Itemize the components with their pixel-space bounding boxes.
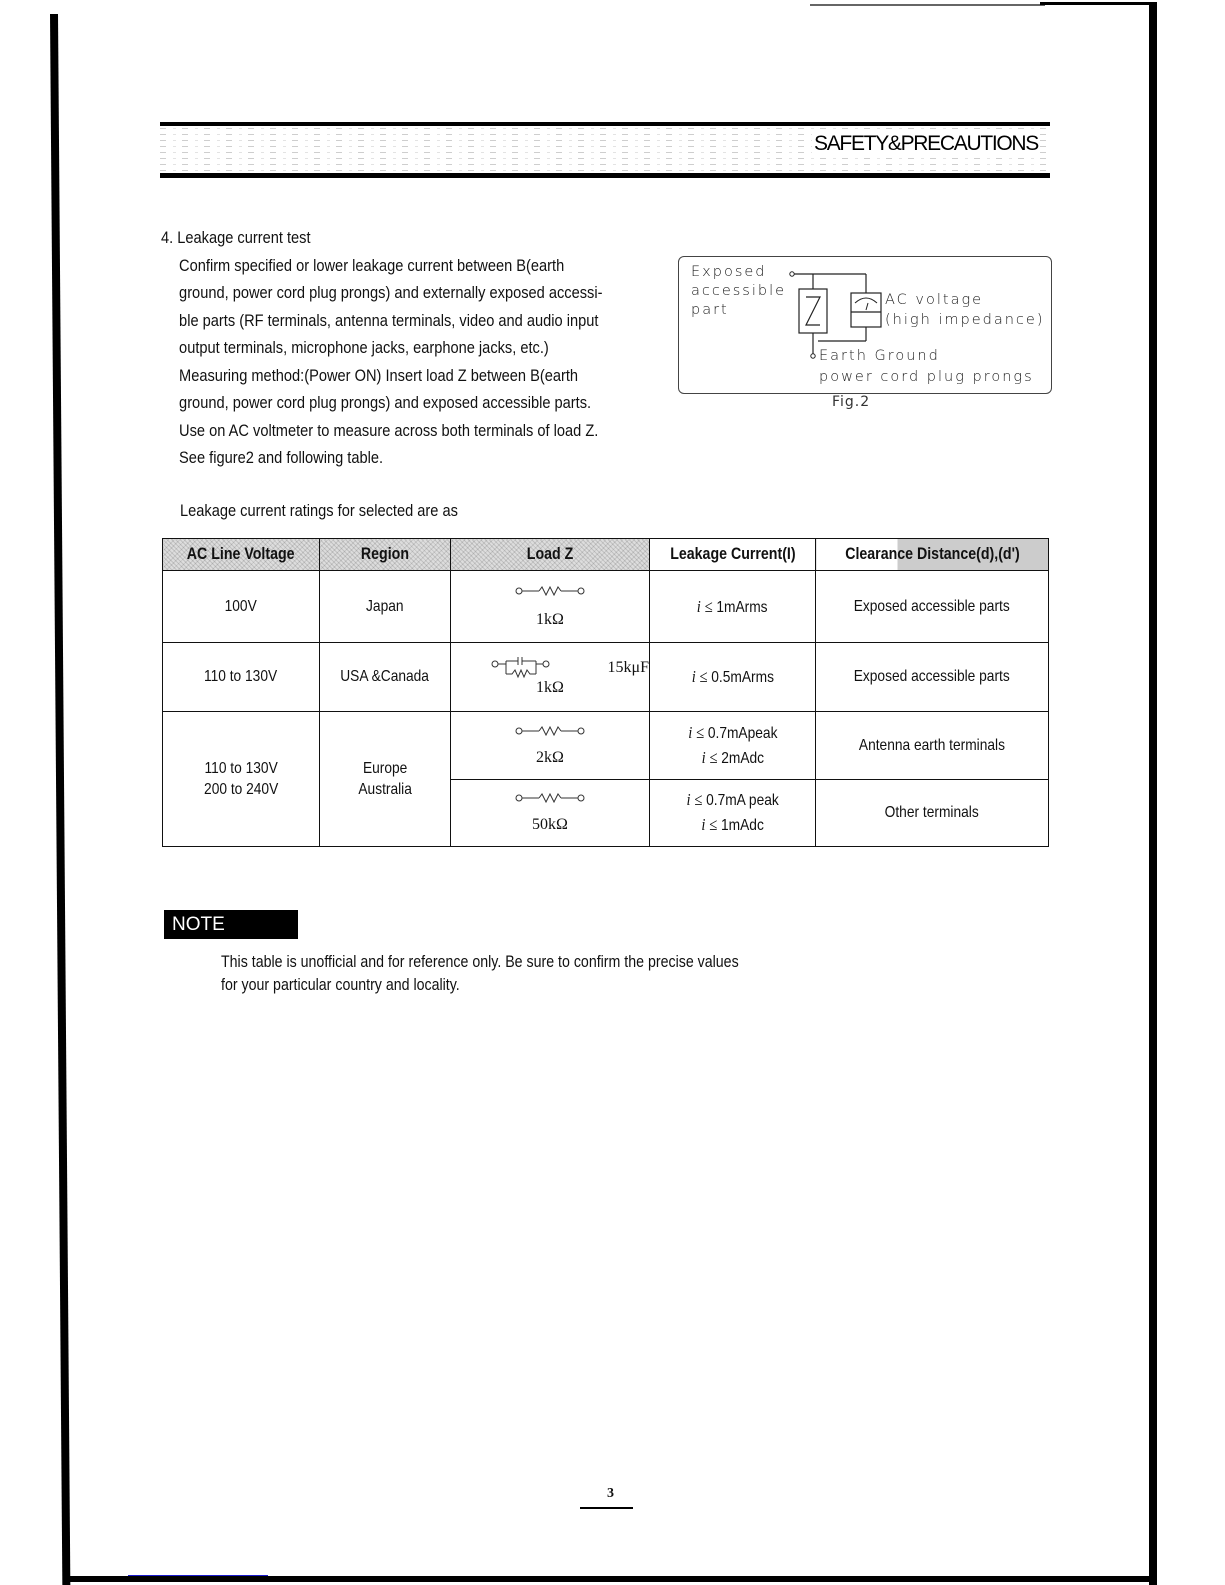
page-border-top (1040, 2, 1155, 5)
page-number-rule (580, 1507, 633, 1509)
resistor-icon (515, 725, 585, 737)
figure-2-circuit: Exposed accessible part Z AC voltage (hi… (678, 256, 1052, 394)
page-border-bottom (66, 1576, 1156, 1582)
cell-load: 1kΩ (451, 571, 650, 643)
label-ac-voltmeter: AC voltage (high impedance) (885, 290, 1044, 330)
cell-voltage: 110 to 130V (163, 643, 320, 712)
cell-region: USA &Canada (320, 643, 451, 712)
region-lines: Europe Australia (358, 758, 412, 800)
cell-current: i ≤ 0.7mApeak i ≤ 2mAdc (650, 712, 816, 780)
table-header-row: AC Line Voltage Region Load Z Leakage Cu… (163, 539, 1049, 571)
cell-clearance: Other terminals (816, 780, 1049, 847)
rc-parallel-icon (491, 657, 551, 679)
paragraph-line: Use on AC voltmeter to measure across bo… (179, 417, 669, 445)
section-header-title: SAFETY&PRECAUTIONS (812, 132, 1040, 156)
table-row: 100V Japan 1kΩ i ≤ 1mArms Exposed access… (163, 571, 1049, 643)
page-border-left (50, 14, 70, 1585)
page-border-top-faint (810, 4, 1045, 6)
ratings-intro-text: Leakage current ratings for selected are… (180, 501, 458, 521)
note-line: This table is unofficial and for referen… (221, 951, 739, 974)
section-heading: 4. Leakage current test (161, 224, 600, 252)
table-row: 110 to 130V USA &Canada (163, 643, 1049, 712)
header-band: SAFETY&PRECAUTIONS (160, 122, 1050, 178)
col-header-clearance: Clearance Distance(d),(d') (816, 539, 1049, 571)
load-value: 1kΩ (451, 611, 649, 629)
section-heading-text: Leakage current test (177, 228, 310, 247)
load-value: 1kΩ (451, 679, 649, 697)
table-row: 110 to 130V 200 to 240V Europe Australia (163, 712, 1049, 780)
cell-load: 15kμF 1kΩ (451, 643, 650, 712)
cell-current: i ≤ 0.7mA peak i ≤ 1mAdc (650, 780, 816, 847)
page-number: 3 (607, 1486, 614, 1502)
paragraph-line: output terminals, microphone jacks, earp… (179, 334, 669, 362)
cell-current: i ≤ 1mArms (650, 571, 816, 643)
load-value: 2kΩ (451, 749, 649, 767)
cell-current: i ≤ 0.5mArms (650, 643, 816, 712)
paragraph-line: ground, power cord plug prongs) and exte… (179, 279, 669, 307)
note-text: This table is unofficial and for referen… (221, 951, 739, 996)
col-header-region: Region (320, 539, 451, 571)
col-header-voltage: AC Line Voltage (163, 539, 320, 571)
note-badge: NOTE (164, 910, 298, 939)
cell-clearance: Exposed accessible parts (816, 571, 1049, 643)
col-header-load: Load Z (451, 539, 650, 571)
header-rule-top (160, 122, 1050, 126)
leakage-ratings-table: AC Line Voltage Region Load Z Leakage Cu… (162, 538, 1049, 847)
page-border-right (1149, 2, 1157, 1585)
figure-caption: Fig.2 (832, 394, 870, 410)
cell-load: 50kΩ (451, 780, 650, 847)
cell-voltage: 110 to 130V 200 to 240V (163, 712, 320, 847)
paragraph-line: Measuring method:(Power ON) Insert load … (179, 362, 669, 390)
paragraph-line: See figure2 and following table. (179, 444, 669, 472)
voltage-lines: 110 to 130V 200 to 240V (204, 758, 278, 800)
load-value: 50kΩ (451, 816, 649, 834)
resistor-icon (515, 585, 585, 597)
note-line: for your particular country and locality… (221, 974, 739, 997)
cell-voltage: 100V (163, 571, 320, 643)
load-capacitance: 15kμF (608, 659, 649, 677)
paragraph-line: ground, power cord plug prongs) and expo… (179, 389, 669, 417)
header-rule-bottom (160, 173, 1050, 178)
paragraph-line: Confirm specified or lower leakage curre… (179, 252, 669, 280)
label-earth-ground: Earth Ground power cord plug prongs (819, 346, 1034, 388)
paragraph-line: ble parts (RF terminals, antenna termina… (179, 307, 669, 335)
col-header-current: Leakage Current(I) (650, 539, 816, 571)
resistor-icon (515, 792, 585, 804)
cell-region: Japan (320, 571, 451, 643)
section-number: 4. (161, 228, 173, 247)
page-border-bottom-accent (128, 1575, 268, 1576)
cell-clearance: Exposed accessible parts (816, 643, 1049, 712)
cell-region: Europe Australia (320, 712, 451, 847)
leakage-test-section: 4. Leakage current test Confirm specifie… (161, 224, 600, 472)
label-exposed-part: Exposed accessible part (691, 263, 786, 320)
cell-load: 2kΩ (451, 712, 650, 780)
section-paragraph: Confirm specified or lower leakage curre… (179, 252, 669, 472)
cell-clearance: Antenna earth terminals (816, 712, 1049, 780)
